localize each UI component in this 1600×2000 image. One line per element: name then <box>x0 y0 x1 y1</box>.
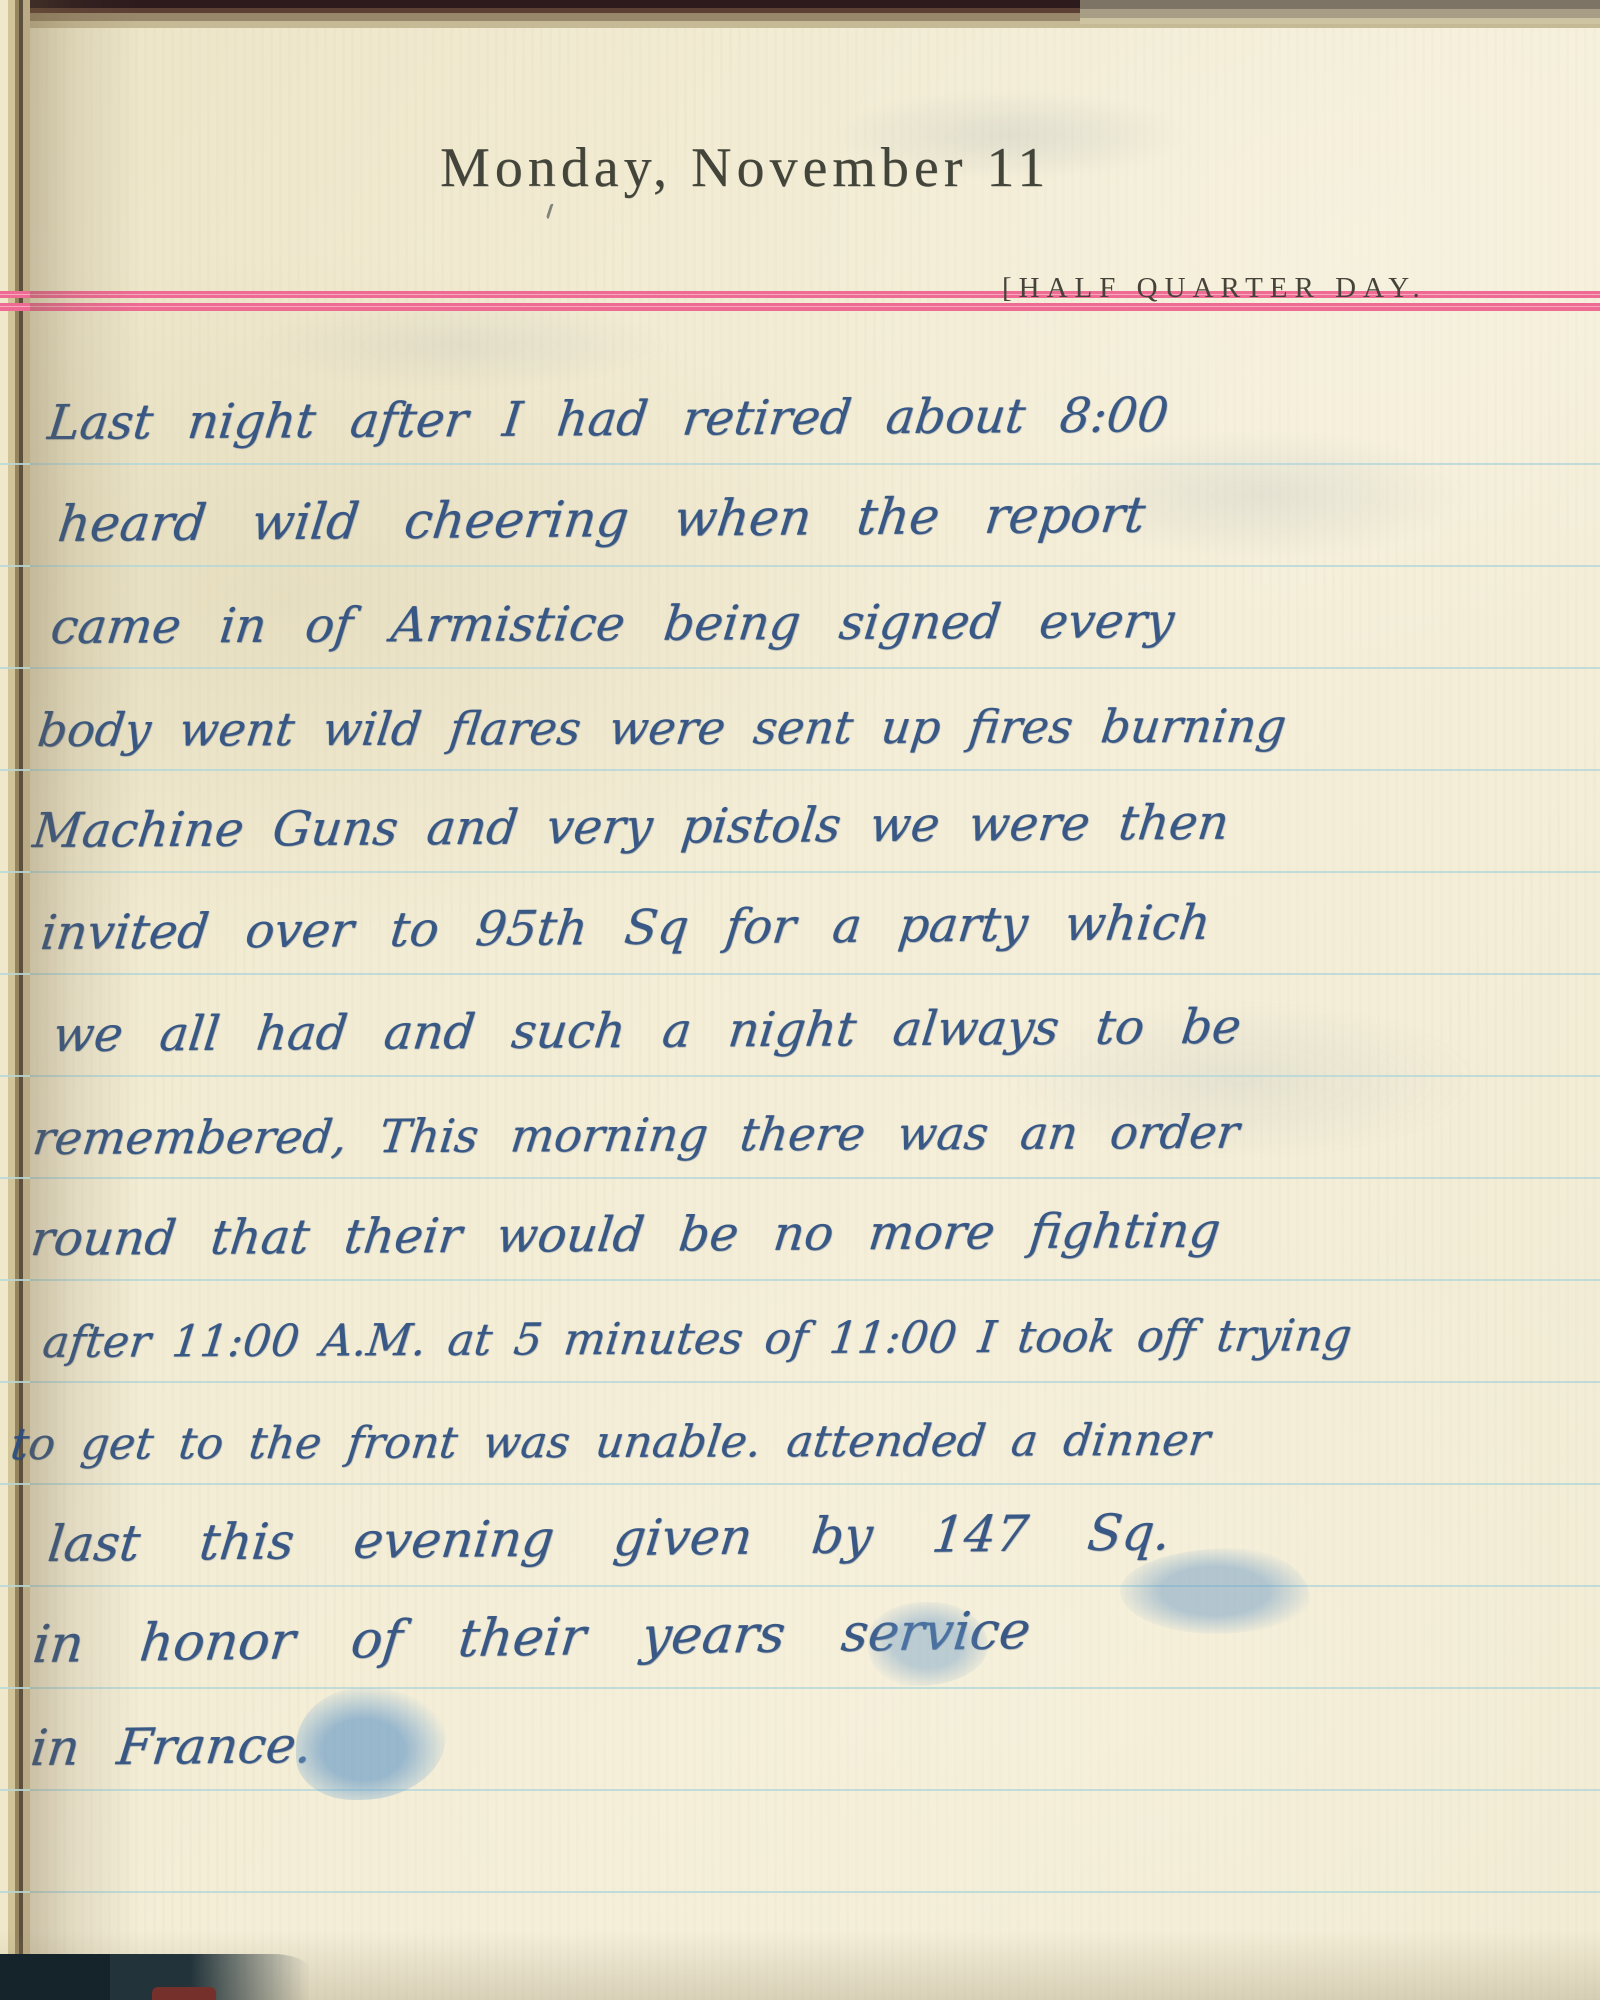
handwriting-line: Last night after I had retired about 8:0… <box>45 387 1171 451</box>
handwriting-line: Machine Guns and very pistols we were th… <box>30 795 1232 859</box>
handwriting-line: round that their would be no more fighti… <box>28 1203 1223 1267</box>
handwriting-line: body went wild flares were sent up fires… <box>35 699 1289 757</box>
printed-date-heading: Monday, November 11 <box>440 136 1050 200</box>
handwriting-line: we all had and such a night always to be <box>50 999 1244 1063</box>
handwriting-line: after 11:00 A.M. at 5 minutes of 11:00 I… <box>40 1310 1354 1368</box>
show-through-mark <box>250 300 670 390</box>
book-binding-red-patch <box>152 1987 216 2000</box>
pen-mark <box>546 203 560 221</box>
handwriting-line: came in of Armistice being signed every <box>48 593 1177 655</box>
handwriting-line: last this evening given by 147 Sq. <box>45 1503 1173 1573</box>
handwriting-line: to get to the front was unable. attended… <box>8 1415 1213 1470</box>
handwriting-line: remembered, This morning there was an or… <box>30 1105 1242 1165</box>
half-quarter-day-label: [HALF QUARTER DAY. <box>1002 272 1427 305</box>
handwriting-line: invited over to 95th Sq for a party whic… <box>38 895 1213 961</box>
diary-page-scan: Monday, November 11 [HALF QUARTER DAY. L… <box>0 0 1600 2000</box>
ruled-feint-lines <box>0 463 1600 1933</box>
handwriting-line: heard wild cheering when the report <box>55 486 1148 553</box>
handwriting-line: in France. <box>28 1716 315 1777</box>
page-stack-top-edge <box>1080 0 1600 28</box>
